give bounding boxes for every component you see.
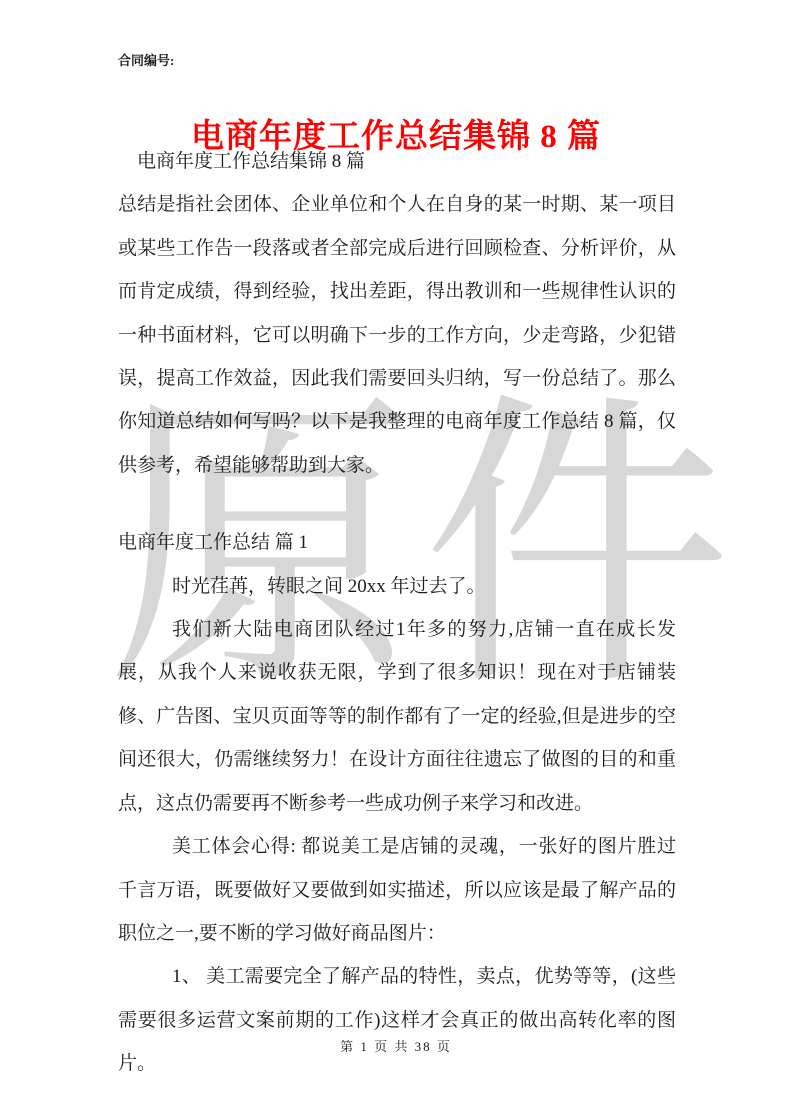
section-1-heading: 电商年度工作总结 篇 1 — [118, 521, 676, 564]
document-page: 原件 合同编号: 电商年度工作总结集锦 8 篇 电商年度工作总结集锦 8 篇 总… — [0, 0, 792, 1120]
document-body: 电商年度工作总结集锦 8 篇 总结是指社会团体、企业单位和个人在自身的某一时期、… — [118, 140, 676, 1086]
section-1-design-insight-paragraph: 美工体会心得: 都说美工是店铺的灵魂，一张好的图片胜过千言万语，既要做好又要做到… — [118, 825, 676, 955]
page-number-footer: 第 1 页 共 38 页 — [0, 1036, 792, 1055]
section-1-team-review-paragraph: 我们新大陆电商团队经过1年多的努力,店铺一直在成长发展，从我个人来说收获无限，学… — [118, 608, 676, 825]
intro-paragraph: 总结是指社会团体、企业单位和个人在自身的某一时期、某一项目或某些工作告一段落或者… — [118, 183, 676, 487]
section-1-opening-line: 时光荏苒，转眼之间 20xx 年过去了。 — [118, 565, 676, 608]
paragraph-gap — [118, 487, 676, 521]
section-1-point-1-paragraph: 1、 美工需要完全了解产品的特性，卖点，优势等等，(这些需要很多运营文案前期的工… — [118, 955, 676, 1085]
subtitle-line: 电商年度工作总结集锦 8 篇 — [118, 140, 676, 183]
contract-number-label: 合同编号: — [118, 50, 174, 69]
